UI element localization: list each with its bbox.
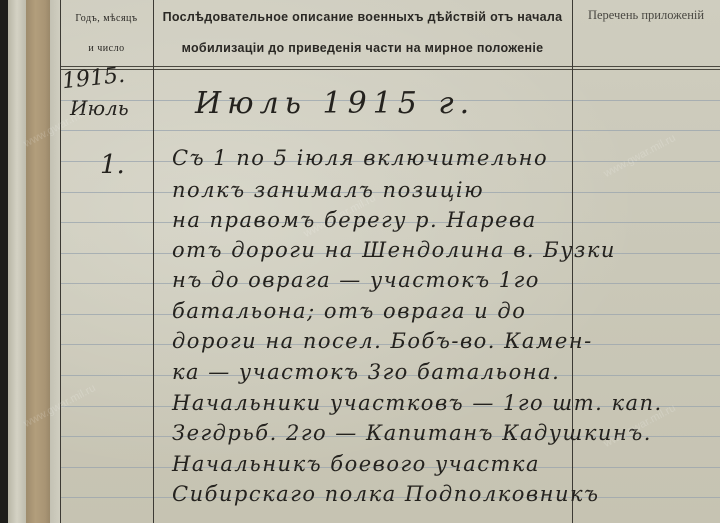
binding-tape — [26, 0, 50, 523]
column-divider — [153, 0, 154, 523]
header-attachments-column: Перечень приложеній — [572, 8, 720, 23]
text-line: Сибирскаго полка Подполковникъ — [172, 482, 600, 506]
text-line: Начальники участковъ — 1го шт. кап. — [172, 391, 663, 415]
entry-number: 1. — [100, 150, 125, 180]
text-line: на правомъ берегу р. Нарева — [172, 208, 537, 232]
text-line: отъ дороги на Шендолина в. Бузки — [172, 238, 616, 262]
entry-month: Июль — [70, 96, 129, 120]
margin-strip — [50, 0, 60, 523]
text-line: полкъ занималъ позицію — [172, 178, 484, 202]
header-description-line2: мобилизаціи до приведенія части на мирно… — [153, 33, 572, 64]
header-rule — [60, 66, 720, 67]
text-line: Съ 1 по 5 іюля включительно — [172, 146, 548, 170]
text-line: батальона; отъ оврага и до — [172, 299, 526, 323]
header-date-column: Годъ, мѣсяцъ и число — [60, 4, 153, 64]
header-date-line1: Годъ, мѣсяцъ — [60, 4, 153, 34]
binding-paper-edge — [8, 0, 26, 523]
text-line: Начальникъ боевого участка — [172, 452, 540, 476]
header-description-line1: Послѣдовательное описание военныхъ дѣйст… — [153, 2, 572, 33]
header-description-column: Послѣдовательное описание военныхъ дѣйст… — [153, 2, 572, 64]
text-line: дороги на посел. Бобъ-во. Камен- — [172, 329, 593, 353]
text-line: нъ до оврага — участокъ 1го — [172, 268, 540, 292]
header-rule — [60, 69, 720, 70]
ruled-line — [60, 130, 720, 131]
watermark: www.gwar.mil.ru — [602, 132, 678, 180]
text-line: Зегдрьб. 2го — Капитанъ Кадушкинъ. — [172, 421, 652, 445]
header-date-line2: и число — [60, 34, 153, 64]
page-edge-shadow — [0, 0, 8, 523]
document-page: Годъ, мѣсяцъ и число Послѣдовательное оп… — [0, 0, 720, 523]
entry-year: 1915. — [61, 63, 126, 94]
text-line: ка — участокъ 3го батальона. — [172, 360, 560, 384]
entry-title: Июль 1915 г. — [195, 86, 475, 121]
